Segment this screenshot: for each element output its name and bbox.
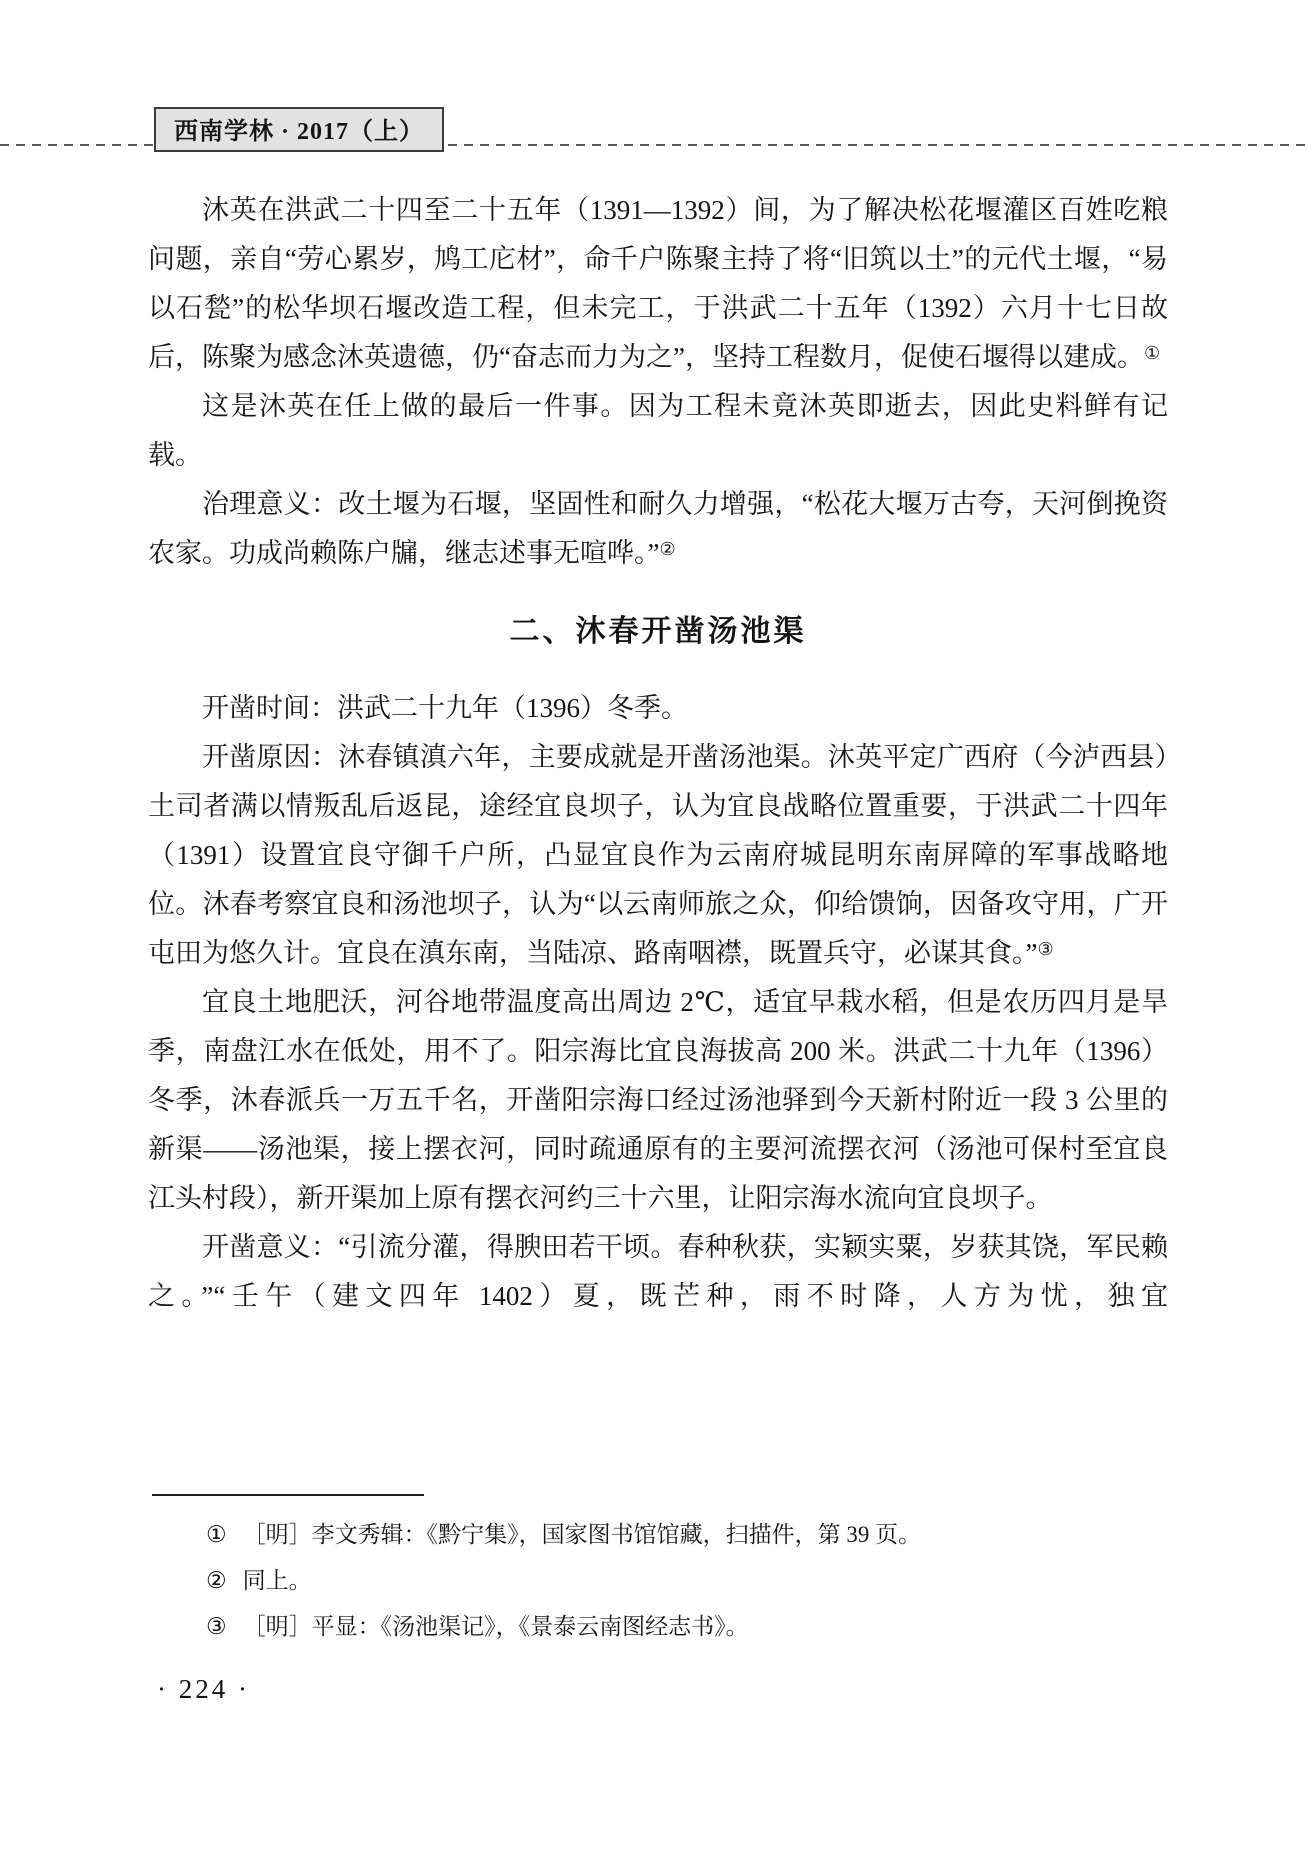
paragraph-3: 治理意义：改土堰为石堰，坚固性和耐久力增强，“松花大堰万古夸，天河倒挽资农家。功… xyxy=(148,480,1168,578)
footnote-2: ② 同上。 xyxy=(148,1558,1168,1604)
paragraph-1-text: 沐英在洪武二十四至二十五年（1391—1392）间，为了解决松花堰灌区百姓吃粮问… xyxy=(148,195,1168,372)
paragraph-7-text: 开凿意义：“引流分灌，得腴田若干顷。春种秋获，实颖实粟，岁获其饶，军民赖之。”“… xyxy=(148,1232,1168,1311)
paragraph-2: 这是沐英在任上做的最后一件事。因为工程未竟沐英即逝去，因此史料鲜有记载。 xyxy=(148,382,1168,480)
footnote-separator xyxy=(152,1494,424,1496)
paragraph-7: 开凿意义：“引流分灌，得腴田若干顷。春种秋获，实颖实粟，岁获其饶，军民赖之。”“… xyxy=(148,1223,1168,1321)
document-page: 西南学林 · 2017（上） 沐英在洪武二十四至二十五年（1391—1392）间… xyxy=(0,0,1307,1859)
paragraph-1: 沐英在洪武二十四至二十五年（1391—1392）间，为了解决松花堰灌区百姓吃粮问… xyxy=(148,186,1168,382)
footnote-ref-3: ③ xyxy=(1037,939,1053,959)
journal-title: 西南学林 · 2017（上） xyxy=(174,119,424,145)
paragraph-2-text: 这是沐英在任上做的最后一件事。因为工程未竟沐英即逝去，因此史料鲜有记载。 xyxy=(148,391,1168,470)
footnote-2-number: ② xyxy=(206,1558,227,1604)
footnote-3-number: ③ xyxy=(206,1604,227,1650)
footnotes-section: ① ［明］李文秀辑：《黔宁集》，国家图书馆馆藏，扫描件，第 39 页。 ② 同上… xyxy=(148,1494,1168,1650)
footnote-1: ① ［明］李文秀辑：《黔宁集》，国家图书馆馆藏，扫描件，第 39 页。 xyxy=(148,1512,1168,1558)
paragraph-6-text: 宜良土地肥沃，河谷地带温度高出周边 2℃，适宜早栽水稻，但是农历四月是旱季，南盘… xyxy=(148,987,1168,1213)
footnote-3-text: ［明］平显：《汤池渠记》，《景泰云南图经志书》。 xyxy=(243,1604,1168,1650)
paragraph-5-text: 开凿原因：沐春镇滇六年，主要成就是开凿汤池渠。沐英平定广西府（今泸西县）土司者满… xyxy=(148,742,1168,968)
footnote-1-text: ［明］李文秀辑：《黔宁集》，国家图书馆馆藏，扫描件，第 39 页。 xyxy=(243,1512,1168,1558)
footnote-3: ③ ［明］平显：《汤池渠记》，《景泰云南图经志书》。 xyxy=(148,1604,1168,1650)
footnote-ref-1: ① xyxy=(1144,343,1160,363)
footnote-ref-2: ② xyxy=(659,539,675,559)
footnote-2-text: 同上。 xyxy=(243,1558,1168,1604)
section-heading: 二、沐春开凿汤池渠 xyxy=(148,606,1168,650)
paragraph-6: 宜良土地肥沃，河谷地带温度高出周边 2℃，适宜早栽水稻，但是农历四月是旱季，南盘… xyxy=(148,978,1168,1223)
paragraph-4: 开凿时间：洪武二十九年（1396）冬季。 xyxy=(148,684,1168,733)
body-text: 沐英在洪武二十四至二十五年（1391—1392）间，为了解决松花堰灌区百姓吃粮问… xyxy=(148,186,1168,1321)
page-number: · 224 · xyxy=(157,1674,250,1705)
journal-title-box: 西南学林 · 2017（上） xyxy=(154,107,444,152)
paragraph-5: 开凿原因：沐春镇滇六年，主要成就是开凿汤池渠。沐英平定广西府（今泸西县）土司者满… xyxy=(148,733,1168,978)
footnote-1-number: ① xyxy=(206,1512,227,1558)
paragraph-3-text: 治理意义：改土堰为石堰，坚固性和耐久力增强，“松花大堰万古夸，天河倒挽资农家。功… xyxy=(148,489,1168,568)
paragraph-4-text: 开凿时间：洪武二十九年（1396）冬季。 xyxy=(202,693,688,723)
